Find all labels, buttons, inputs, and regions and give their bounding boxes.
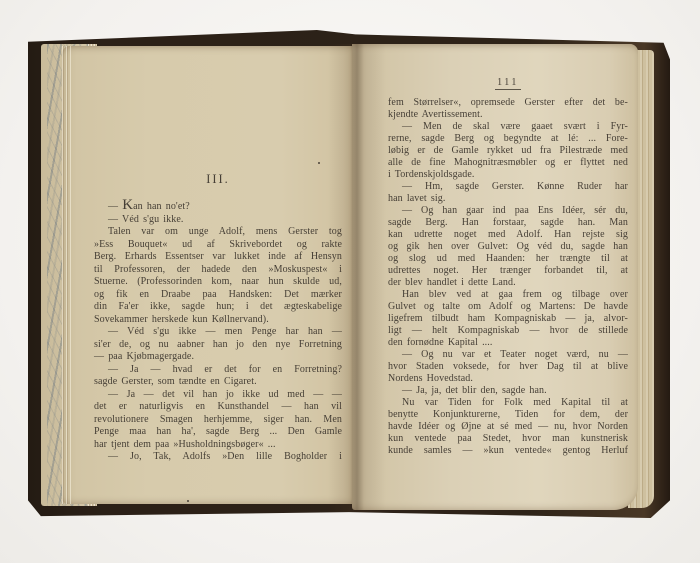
book-photo: III. — Kan han no'et?— Véd s'gu ikke.Tal… xyxy=(28,30,670,520)
text-line: Gulvet og talte om Adolf og Martens: De … xyxy=(388,301,628,313)
right-page-text: 111 fem Størrelser«, opremsede Gerster e… xyxy=(388,74,628,457)
text-line: — Men de skal være gaaet svært i Fyr- xyxy=(388,121,628,133)
text-line: løbig er de Gamle rykket ud fra Pilestræ… xyxy=(388,145,628,157)
text-line: — Ja, ja, det blir den, sagde han. xyxy=(388,385,628,397)
text-line: — Jo, Tak, Adolfs »Den lille Bogholder i xyxy=(94,451,342,464)
text-line: Sovekammer herskede kun Køllnervand). xyxy=(94,314,342,327)
text-line: Nordens Hovedstad. xyxy=(388,373,628,385)
text-line: kunde samles — »kun ventede« gentog Herl… xyxy=(388,445,628,457)
text-line: sagde Gerster, som tændte en Cigaret. xyxy=(94,376,342,389)
text-line: revolutionere Smagen herhjemme, siger ha… xyxy=(94,414,342,427)
text-line: i Tordenskjoldsgade. xyxy=(388,169,628,181)
text-line: Berg. Erhards Essentser var lukket inde … xyxy=(94,251,342,264)
text-line: — Og nu var et Teater noget værd, nu — xyxy=(388,349,628,361)
text-line: — paa Kjøbmagergade. xyxy=(94,351,342,364)
text-line: rerne, sagde Berg og begyndte at lé: ...… xyxy=(388,133,628,145)
text-line: ligefrem tilbudt ham Kompagniskab — ja, … xyxy=(388,313,628,325)
text-line: og slog ud med Haanden: her trængte til … xyxy=(388,253,628,265)
text-line: har tjent dem paa »Husholdningsbøger« ..… xyxy=(94,439,342,452)
text-line: — Kan han no'et? xyxy=(94,199,342,214)
text-line: det er naturligvis en Kunsthandel — han … xyxy=(94,401,342,414)
text-line: havde Idéer og Øjne at sé med — nu, hvor… xyxy=(388,421,628,433)
text-line: — Hm, sagde Gerster. Kønne Ruder har xyxy=(388,181,628,193)
page-number: 111 xyxy=(495,77,521,90)
text-line: kan udrette noget med Adolf. Han rejste … xyxy=(388,229,628,241)
text-line: Penge maa han ha', sagde Berg ... Den Ga… xyxy=(94,426,342,439)
text-line: han lavet sig. xyxy=(388,193,628,205)
text-line: udrettes noget. Her trænger forbandet ti… xyxy=(388,265,628,277)
right-page-lines: fem Størrelser«, opremsede Gerster efter… xyxy=(388,97,628,457)
text-line: der blev handlet i dette Land. xyxy=(388,277,628,289)
left-page-lines: — Kan han no'et?— Véd s'gu ikke.Talen va… xyxy=(94,199,342,464)
text-line: og gik hen over Gulvet: Og véd du, sagde… xyxy=(388,241,628,253)
text-line: hvor Staden voksede, for hver Dag til at… xyxy=(388,361,628,373)
text-line: sagde Berg. Han forstaar, sagde han. Man xyxy=(388,217,628,229)
text-line: Stuerne. (Professorinden kom, naar hun s… xyxy=(94,276,342,289)
text-line: benytte Konjunkturerne, Tiden for dem, d… xyxy=(388,409,628,421)
text-line: fem Størrelser«, opremsede Gerster efter… xyxy=(388,97,628,109)
text-line: til Professoren, der hadede den »Moskusp… xyxy=(94,264,342,277)
text-line: og fik en Draabe paa Handsken: Det mærke… xyxy=(94,289,342,302)
ink-speck xyxy=(187,500,189,502)
left-page-text: III. — Kan han no'et?— Véd s'gu ikke.Tal… xyxy=(94,172,342,464)
text-line: — Véd s'gu ikke — men Penge har han — xyxy=(94,326,342,339)
page-number-row: 111 xyxy=(388,74,628,89)
text-line: Talen var om unge Adolf, mens Gerster to… xyxy=(94,226,342,239)
ink-speck xyxy=(318,162,320,164)
text-line: Nu var Tiden for Folk med Kapital til at xyxy=(388,397,628,409)
text-line: den fornødne Kapital .... xyxy=(388,337,628,349)
text-line: kun ventede paa Stedet, hvor man kunstne… xyxy=(388,433,628,445)
text-line: — Og han gaar ind paa Ens Idéer, sér du, xyxy=(388,205,628,217)
text-line: kjendte Avertissement. xyxy=(388,109,628,121)
chapter-heading: III. xyxy=(94,172,342,186)
text-line: ligt — helt Kompagniskab — hvor de still… xyxy=(388,325,628,337)
text-line: »Ess Bouquet« ud af Skrivebordet og rakt… xyxy=(94,239,342,252)
text-line: alle de fine Mahognitræsmøbler og er fly… xyxy=(388,157,628,169)
text-line: — Ja — det vil han jo ikke ud med — — xyxy=(94,389,342,402)
text-line: Han blev ved at gaa frem og tilbage over xyxy=(388,289,628,301)
text-line: din Fa'er ikke, sagde hun; i det ægteska… xyxy=(94,301,342,314)
chapter-initial: K xyxy=(122,197,133,213)
text-line: — Ja — hvad er det for en Forretning? xyxy=(94,364,342,377)
text-line: si'er de, og nu aabner han jo den nye Fo… xyxy=(94,339,342,352)
text-line: — Véd s'gu ikke. xyxy=(94,214,342,227)
